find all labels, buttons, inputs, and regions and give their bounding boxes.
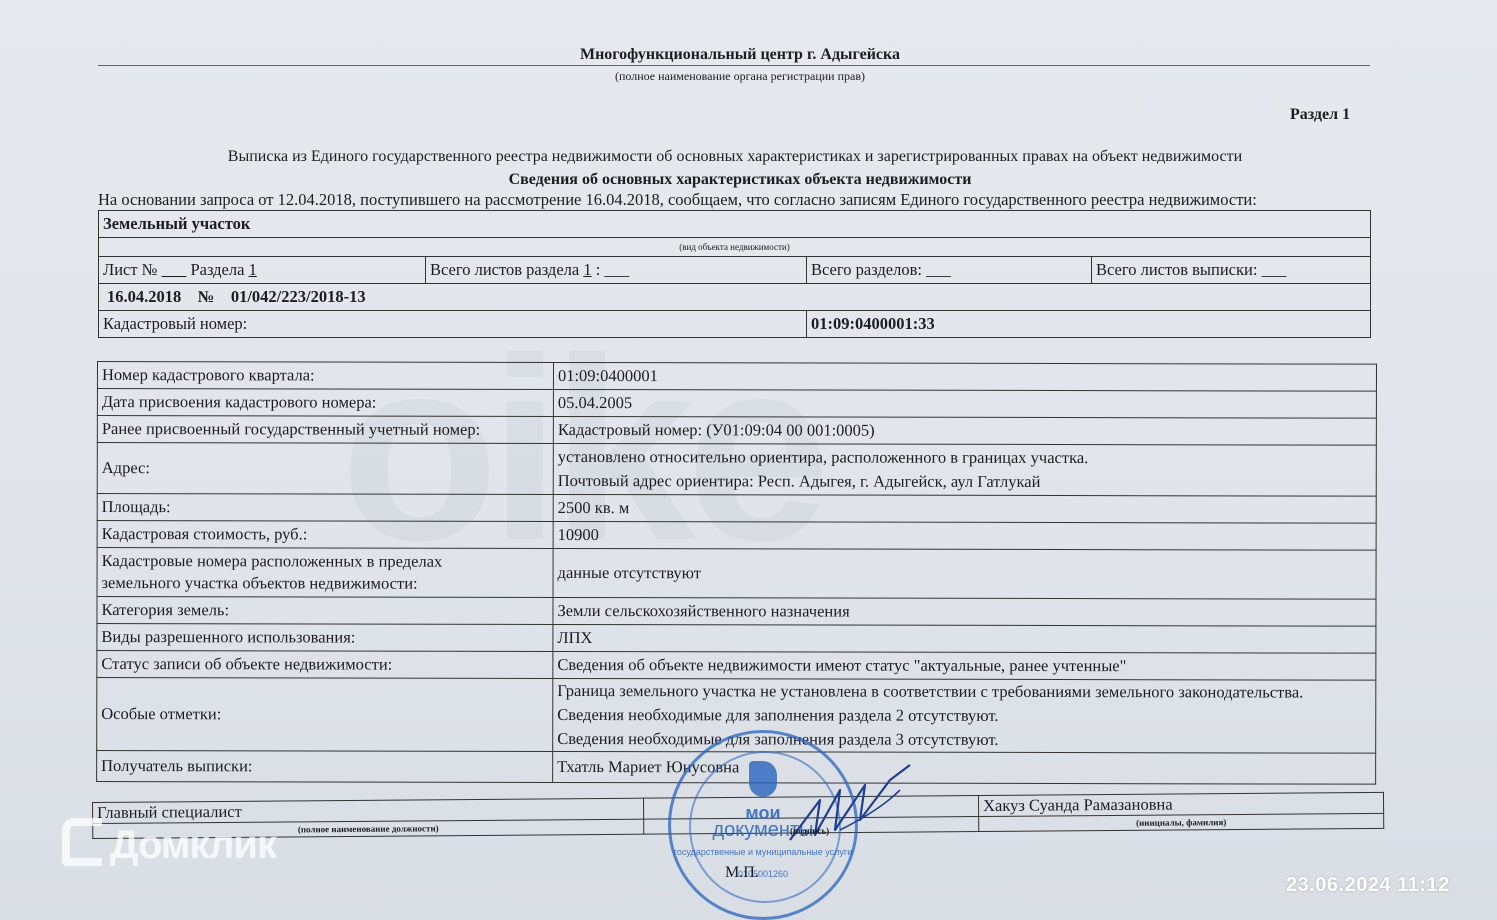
row-value: Земли сельскохозяйственного назначения xyxy=(553,597,1376,626)
object-header-table: Земельный участок (вид объекта недвижимо… xyxy=(98,210,1371,338)
table-row: Виды разрешенного использования: ЛПХ xyxy=(97,624,1376,654)
row-label: Адрес: xyxy=(97,443,553,495)
row-value: Кадастровый номер: (У01:09:04 00 001:000… xyxy=(553,416,1376,445)
total-sheets-extract-label: Всего листов выписки: xyxy=(1096,260,1257,279)
row-value: данные отсутствуют xyxy=(553,548,1376,599)
row-value: Граница земельного участка не установлен… xyxy=(553,678,1376,753)
organization-name: Многофункциональный центр г. Адыгейска xyxy=(0,46,1480,64)
table-row: Площадь: 2500 кв. м xyxy=(97,494,1376,524)
section-word: Раздела xyxy=(190,260,244,279)
document-subtitle: Сведения об основных характеристиках объ… xyxy=(0,171,1480,189)
row-value: 2500 кв. м xyxy=(553,494,1376,523)
total-sections-cell: Всего разделов: ___ xyxy=(807,257,1092,284)
row-label: Виды разрешенного использования: xyxy=(97,624,553,652)
row-label: Категория земель: xyxy=(97,597,553,625)
table-row: Адрес: установлено относительно ориентир… xyxy=(97,443,1376,497)
house-icon xyxy=(62,818,102,866)
intro-text: На основании запроса от 12.04.2018, пост… xyxy=(98,190,1257,210)
cadastral-number-label: Кадастровый номер: xyxy=(99,311,807,338)
organization-underline xyxy=(98,65,1370,66)
table-row: Номер кадастрового квартала: 01:09:04000… xyxy=(97,362,1376,392)
details-table: Номер кадастрового квартала: 01:09:04000… xyxy=(96,361,1377,785)
row-value: установлено относительно ориентира, расп… xyxy=(553,443,1376,496)
row-label: Статус записи об объекте недвижимости: xyxy=(97,651,553,679)
stamp-number: 0105001260 xyxy=(671,869,855,879)
total-sheets-section-blank: : ___ xyxy=(596,260,629,279)
row-value: Сведения об объекте недвижимости имеют с… xyxy=(553,651,1376,680)
cadastral-number-value: 01:09:0400001:33 xyxy=(807,311,1371,338)
row-value: ЛПХ xyxy=(553,624,1376,653)
document-title: Выписка из Единого государственного реес… xyxy=(0,148,1470,166)
row-value: 01:09:0400001 xyxy=(553,362,1376,391)
table-row: Кадастровая стоимость, руб.: 10900 xyxy=(97,521,1376,551)
total-sections-blank: ___ xyxy=(926,260,951,279)
object-type: Земельный участок xyxy=(99,211,1371,238)
row-value: 10900 xyxy=(553,521,1376,550)
total-sheets-section-label: Всего листов раздела xyxy=(430,260,579,279)
number-sign: № xyxy=(198,287,215,306)
sheet-label: Лист № xyxy=(103,260,157,279)
watermark-text: Домклик xyxy=(110,823,276,867)
section-number: 1 xyxy=(249,260,257,279)
record-number: 01/042/223/2018-13 xyxy=(231,287,366,306)
handwritten-signature-icon xyxy=(780,760,920,850)
total-sheets-extract-cell: Всего листов выписки: ___ xyxy=(1092,257,1371,284)
stamp-logo-icon xyxy=(749,761,777,797)
note-line: Сведения необходимые для заполнения разд… xyxy=(557,727,1371,753)
total-sheets-section-cell: Всего листов раздела 1 : ___ xyxy=(426,257,807,284)
row-label: Дата присвоения кадастрового номера: xyxy=(97,389,553,417)
label-line: Кадастровые номера расположенных в преде… xyxy=(102,550,549,573)
table-row: Дата присвоения кадастрового номера: 05.… xyxy=(97,389,1376,419)
sheet-blank: ___ xyxy=(162,260,187,279)
section-label: Раздел 1 xyxy=(1290,106,1350,124)
row-label: Получатель выписки: xyxy=(97,751,553,783)
table-row: Категория земель: Земли сельскохозяйстве… xyxy=(97,597,1376,627)
row-label: Кадастровая стоимость, руб.: xyxy=(97,521,553,549)
name-hint: (инициалы, фамилия) xyxy=(979,813,1384,831)
table-row: Кадастровые номера расположенных в преде… xyxy=(97,548,1376,600)
note-line: Сведения необходимые для заполнения разд… xyxy=(557,703,1371,729)
row-label: Особые отметки: xyxy=(97,678,553,752)
photo-datetime: 23.06.2024 11:12 xyxy=(1286,874,1450,897)
note-line: Граница земельного участка не установлен… xyxy=(557,679,1371,705)
record-cell: 16.04.2018 № 01/042/223/2018-13 xyxy=(99,284,1371,311)
row-value: 05.04.2005 xyxy=(553,389,1376,418)
organization-hint: (полное наименование органа регистрации … xyxy=(0,69,1480,84)
sheet-cell: Лист № ___ Раздела 1 xyxy=(99,257,426,284)
total-sheets-section-number: 1 xyxy=(583,260,591,279)
label-line: земельного участка объектов недвижимости… xyxy=(102,572,549,595)
seal-label: М.П. xyxy=(725,864,759,882)
row-label: Ранее присвоенный государственный учетны… xyxy=(97,416,553,444)
row-value: Тхатль Мариет Юнусовна xyxy=(553,751,1376,784)
record-date: 16.04.2018 xyxy=(107,287,181,306)
object-type-hint: (вид объекта недвижимости) xyxy=(99,238,1371,257)
signature-hint: (подпись) xyxy=(790,826,829,836)
row-label: Кадастровые номера расположенных в преде… xyxy=(97,548,553,598)
address-line: Почтовый адрес ориентира: Респ. Адыгея, … xyxy=(558,469,1372,495)
address-line: установлено относительно ориентира, расп… xyxy=(558,445,1372,471)
row-label: Номер кадастрового квартала: xyxy=(97,362,553,390)
domclick-watermark: Домклик xyxy=(62,818,276,868)
table-row: Ранее присвоенный государственный учетны… xyxy=(97,416,1376,446)
row-label: Площадь: xyxy=(97,494,553,522)
total-sections-label: Всего разделов: xyxy=(811,260,922,279)
total-sheets-extract-blank: ___ xyxy=(1262,260,1287,279)
table-row: Статус записи об объекте недвижимости: С… xyxy=(97,651,1376,681)
